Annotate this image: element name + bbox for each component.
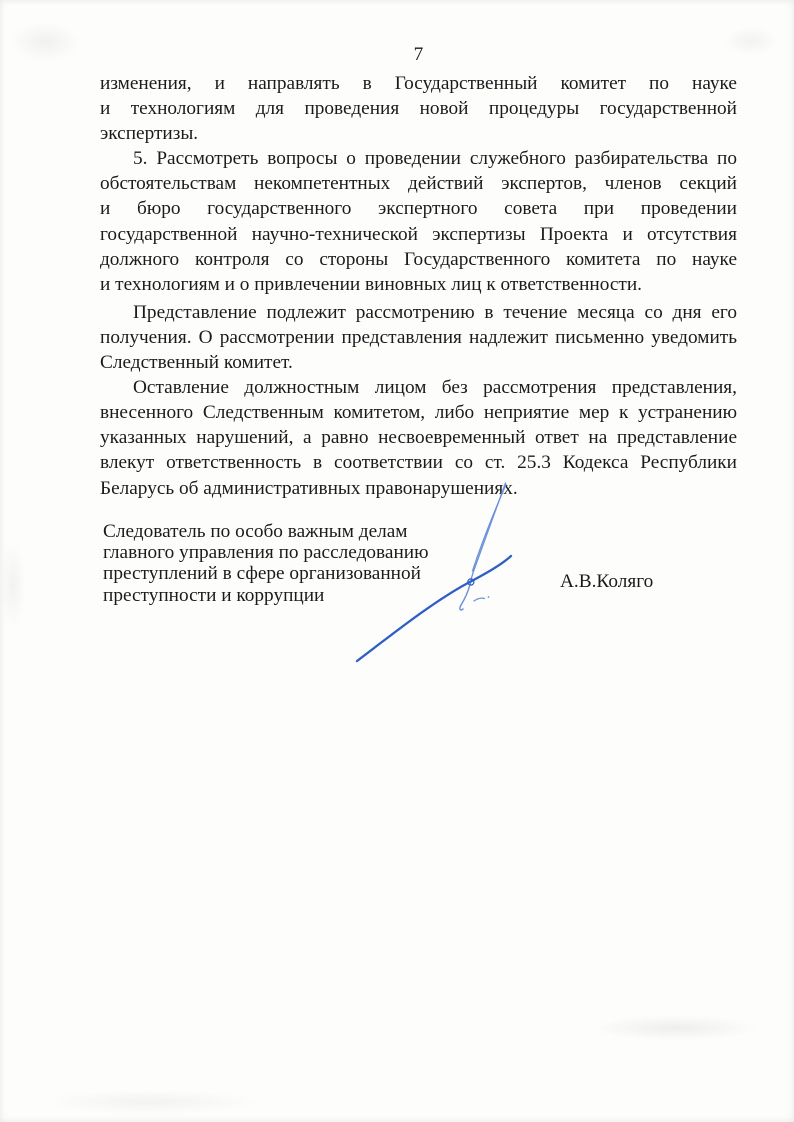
text-line: изменения, и направлять в Государственны… <box>100 71 737 96</box>
text-line: экспертизы. <box>100 121 737 146</box>
signatory-title: Следователь по особо важным деламглавног… <box>103 521 523 606</box>
text-line: 5. Рассмотреть вопросы о проведении служ… <box>100 146 737 171</box>
scan-noise <box>40 1090 260 1114</box>
text-line: Следователь по особо важным делам <box>103 521 523 542</box>
document-body: изменения, и направлять в Государственны… <box>100 71 737 501</box>
scan-noise <box>590 1015 760 1041</box>
signatory-name: А.В.Коляго <box>560 569 653 594</box>
text-line: внесенного Следственным комитетом, либо … <box>100 400 737 425</box>
text-line: Представление подлежит рассмотрению в те… <box>100 300 737 325</box>
text-line: получения. О рассмотрении представления … <box>100 325 737 350</box>
text-line: обстоятельствам некомпетентных действий … <box>100 171 737 196</box>
paragraph-liability: Оставление должностным лицом без рассмот… <box>100 375 737 500</box>
text-line: влекут ответственность в соответствии со… <box>100 450 737 475</box>
text-line: указанных нарушений, а равно несвоевреме… <box>100 425 737 450</box>
text-line: главного управления по расследованию <box>103 542 523 563</box>
text-line: преступности и коррупции <box>103 585 523 606</box>
scanned-document-page: 7 изменения, и направлять в Государствен… <box>0 0 794 1122</box>
paragraph-continuation: изменения, и направлять в Государственны… <box>100 71 737 146</box>
text-line: Оставление должностным лицом без рассмот… <box>100 375 737 400</box>
scan-noise <box>10 22 80 62</box>
page-number: 7 <box>100 42 737 67</box>
text-line: Беларусь об административных правонаруше… <box>100 476 737 501</box>
text-line: преступлений в сфере организованной <box>103 563 523 584</box>
text-line: государственной научно-технической экспе… <box>100 222 737 247</box>
text-line: Следственный комитет. <box>100 350 737 375</box>
paragraph-item-5: 5. Рассмотреть вопросы о проведении служ… <box>100 146 737 297</box>
text-line: и технологиям и о привлечении виновных л… <box>100 272 737 297</box>
scan-noise <box>0 540 26 630</box>
text-line: должного контроля со стороны Государстве… <box>100 247 737 272</box>
paragraph-representation-review: Представление подлежит рассмотрению в те… <box>100 300 737 375</box>
text-line: и технологиям для проведения новой проце… <box>100 96 737 121</box>
text-line: и бюро государственного экспертного сове… <box>100 196 737 221</box>
